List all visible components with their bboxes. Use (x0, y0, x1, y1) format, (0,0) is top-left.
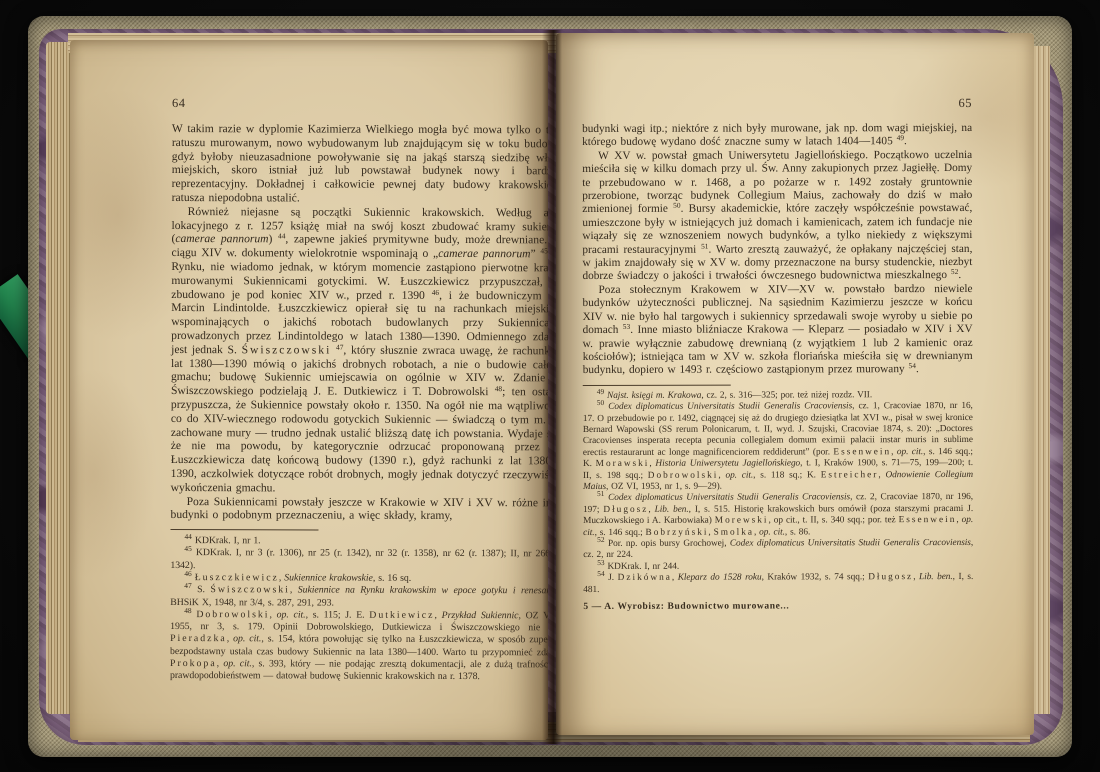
footnote: 53 KDKrak. I, nr 244. (583, 561, 973, 573)
footnote: 50 Codex diplomaticus Universitatis Stud… (583, 401, 973, 493)
paragraph: budynki wagi itp.; niektóre z nich były … (582, 122, 972, 150)
paragraph: W takim razie w dyplomie Kazimierza Wiel… (172, 122, 548, 206)
footnote: 45 KDKrak. I, nr 3 (r. 1306), nr 25 (r. … (170, 547, 548, 573)
footnote: 54 J. Dzikówna, Kleparz do 1528 roku, Kr… (583, 572, 973, 596)
gutter-shadow (542, 30, 562, 744)
footnote: 51 Codex diplomaticus Universitatis Stud… (583, 492, 973, 539)
photographed-book-spread: 64 W takim razie w dyplomie Kazimierza W… (0, 0, 1100, 772)
left-page: 64 W takim razie w dyplomie Kazimierza W… (70, 40, 548, 740)
footnote: 47 S. Świszczowski, Sukiennice na Rynku … (170, 584, 548, 610)
right-page: 65 budynki wagi itp.; niektóre z nich by… (556, 33, 1034, 735)
right-page-body-text: budynki wagi itp.; niektóre z nich były … (582, 122, 973, 378)
right-page-footnotes: 49 Najst. księgi m. Krakowa, cz. 2, s. 3… (583, 390, 974, 596)
left-page-body-text: W takim razie w dyplomie Kazimierza Wiel… (171, 122, 548, 523)
footnote: 48 Dobrowolski, op. cit., s. 115; J. E. … (170, 609, 548, 684)
left-page-content: 64 W takim razie w dyplomie Kazimierza W… (170, 96, 548, 684)
paragraph: Poza Sukiennicami powstały jeszcze w Kra… (171, 495, 548, 524)
printers-signature-line: 5 — A. Wyrobisz: Budownictwo murowane... (583, 601, 973, 612)
footnote: 52 Por. np. opis bursy Grochowej, Codex … (583, 538, 973, 562)
page-number: 65 (582, 96, 972, 111)
footnote-separator-rule (170, 529, 318, 531)
left-page-footnotes: 44 KDKrak. I, nr 1.45 KDKrak. I, nr 3 (r… (170, 535, 548, 684)
page-number: 64 (172, 96, 548, 111)
paragraph: Poza stołecznym Krakowem w XIV—XV w. pow… (582, 283, 972, 378)
footnote-separator-rule (583, 384, 731, 385)
paragraph: Również niejasne są początki Sukiennic k… (171, 205, 548, 496)
footnote: 49 Najst. księgi m. Krakowa, cz. 2, s. 3… (583, 390, 973, 402)
right-page-content: 65 budynki wagi itp.; niektóre z nich by… (582, 96, 973, 612)
paragraph: W XV w. powstał gmach Uniwersytetu Jagie… (582, 149, 972, 284)
